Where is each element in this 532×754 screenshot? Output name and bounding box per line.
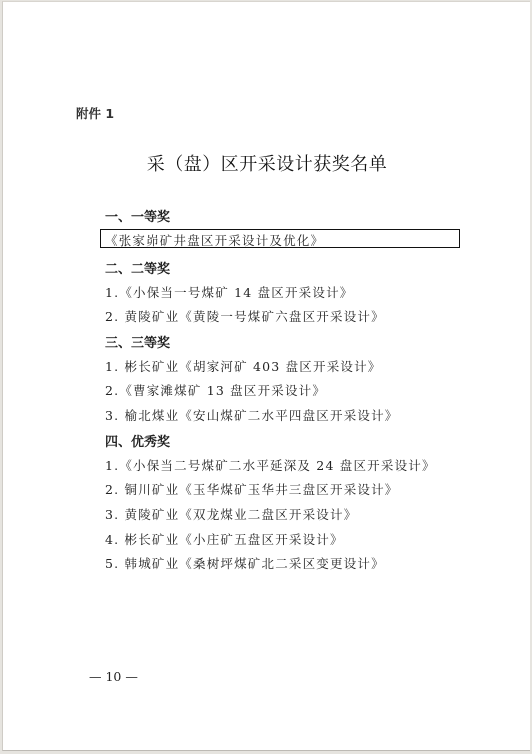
- list-item: 2. 铜川矿业《玉华煤矿玉华井三盘区开采设计》: [105, 480, 399, 498]
- section-heading-excellence-prize: 四、优秀奖: [105, 431, 170, 450]
- document-title: 采（盘）区开采设计获奖名单: [3, 150, 531, 176]
- list-item: 1.《小保当一号煤矿 14 盘区开采设计》: [105, 283, 353, 301]
- page-number: — 10 —: [89, 669, 138, 684]
- list-item: 3. 黄陵矿业《双龙煤业二盘区开采设计》: [105, 505, 357, 523]
- document-page: 附件 1 采（盘）区开采设计获奖名单 一、一等奖 《张家峁矿井盘区开采设计及优化…: [2, 1, 530, 751]
- list-item: 2. 黄陵矿业《黄陵一号煤矿六盘区开采设计》: [105, 307, 385, 325]
- list-item: 2.《曹家滩煤矿 13 盘区开采设计》: [105, 381, 326, 399]
- list-item: 1. 彬长矿业《胡家河矿 403 盘区开采设计》: [105, 357, 382, 375]
- list-item: 4. 彬长矿业《小庄矿五盘区开采设计》: [105, 530, 344, 548]
- list-item: 1.《小保当二号煤矿二水平延深及 24 盘区开采设计》: [105, 456, 436, 474]
- section-heading-second-prize: 二、二等奖: [105, 258, 170, 277]
- highlighted-entry-box: 《张家峁矿井盘区开采设计及优化》: [100, 229, 460, 248]
- section-heading-third-prize: 三、三等奖: [105, 332, 170, 351]
- list-item: 5. 韩城矿业《桑树坪煤矿北二采区变更设计》: [105, 554, 385, 572]
- list-item: 《张家峁矿井盘区开采设计及优化》: [105, 231, 324, 249]
- list-item: 3. 榆北煤业《安山煤矿二水平四盘区开采设计》: [105, 406, 399, 424]
- attachment-label: 附件 1: [76, 104, 114, 122]
- section-heading-first-prize: 一、一等奖: [105, 206, 170, 225]
